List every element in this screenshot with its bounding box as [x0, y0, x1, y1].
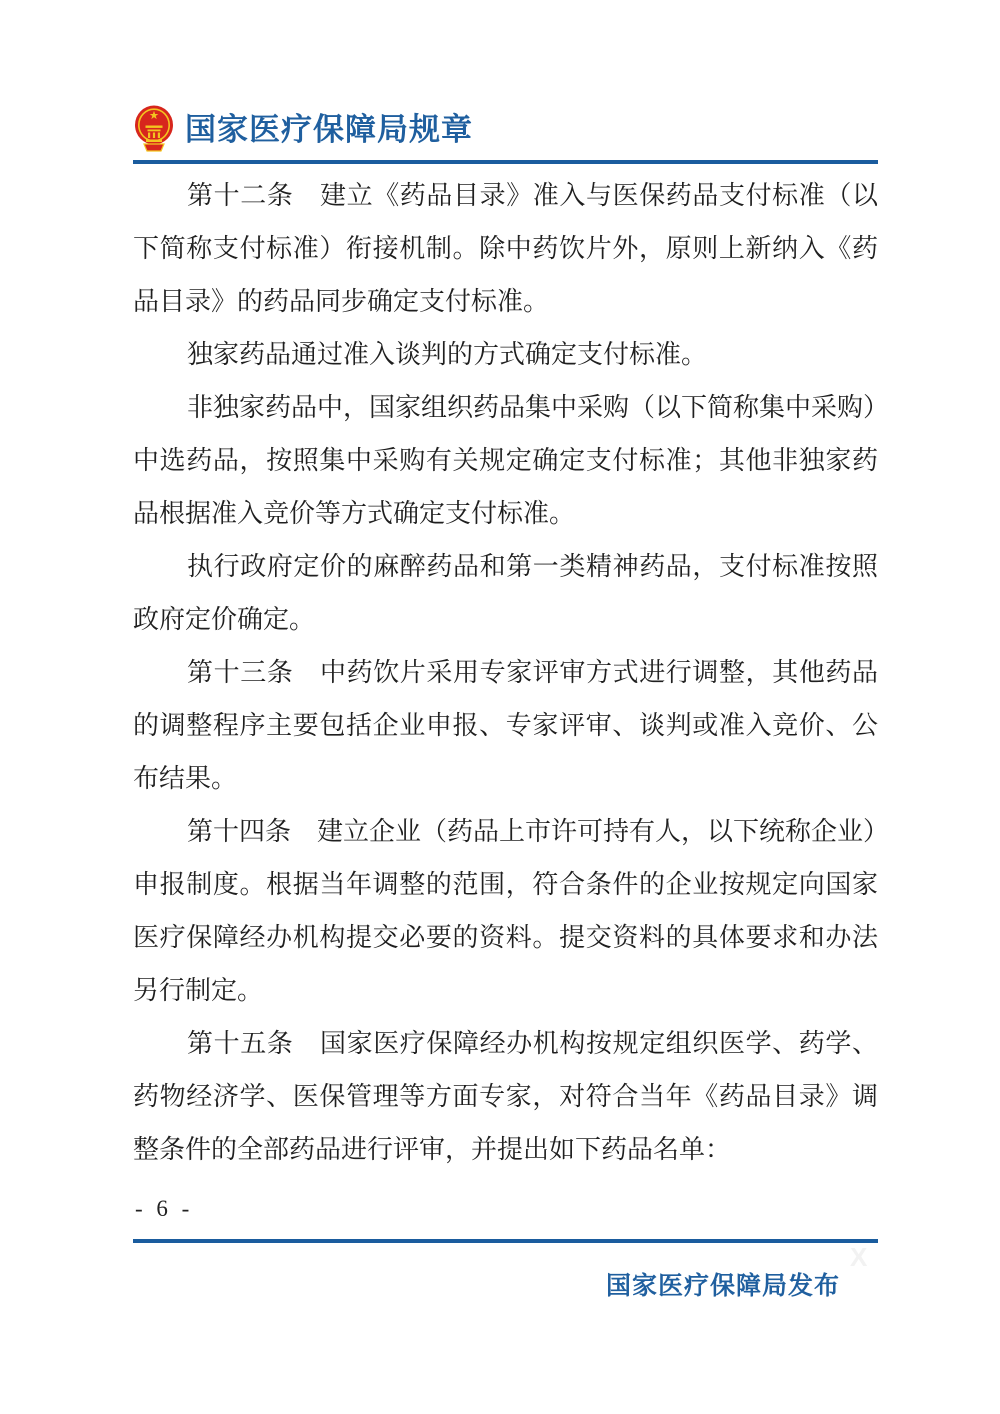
paragraph: 第十四条 建立企业（药品上市许可持有人，以下统称企业）申报制度。根据当年调整的范… [133, 805, 878, 1017]
paragraph-line: 医疗保障经办机构提交必要的资料。提交资料的具体要求和办法 [133, 911, 878, 964]
paragraph-line: 品目录》的药品同步确定支付标准。 [133, 275, 878, 328]
paragraph-line: 第十四条 建立企业（药品上市许可持有人，以下统称企业） [133, 805, 878, 858]
national-emblem-icon [133, 105, 175, 153]
page-number: - 6 - [135, 1196, 193, 1222]
paragraph: 独家药品通过准入谈判的方式确定支付标准。 [133, 328, 878, 381]
paragraph: 非独家药品中，国家组织药品集中采购（以下简称集中采购）中选药品，按照集中采购有关… [133, 381, 878, 540]
publisher-label: 国家医疗保障局发布 [606, 1266, 840, 1302]
paragraph-line: 整条件的全部药品进行评审，并提出如下药品名单： [133, 1123, 878, 1176]
paragraph-line: 的调整程序主要包括企业申报、专家评审、谈判或准入竞价、公 [133, 699, 878, 752]
header-title: 国家医疗保障局规章 [185, 114, 473, 145]
paragraph: 第十三条 中药饮片采用专家评审方式进行调整，其他药品的调整程序主要包括企业申报、… [133, 646, 878, 805]
document-body: 第十二条 建立《药品目录》准入与医保药品支付标准（以下简称支付标准）衔接机制。除… [133, 169, 878, 1176]
paragraph-line: 布结果。 [133, 752, 878, 805]
paragraph-line: 中选药品，按照集中采购有关规定确定支付标准；其他非独家药 [133, 434, 878, 487]
document-header: 国家医疗保障局规章 [133, 104, 473, 154]
footer-divider [133, 1239, 878, 1243]
paragraph: 第十二条 建立《药品目录》准入与医保药品支付标准（以下简称支付标准）衔接机制。除… [133, 169, 878, 328]
paragraph-line: 另行制定。 [133, 964, 878, 1017]
paragraph-line: 申报制度。根据当年调整的范围，符合条件的企业按规定向国家 [133, 858, 878, 911]
paragraph-line: 执行政府定价的麻醉药品和第一类精神药品，支付标准按照 [133, 540, 878, 593]
paragraph-line: 第十三条 中药饮片采用专家评审方式进行调整，其他药品 [133, 646, 878, 699]
header-divider [133, 160, 878, 164]
paragraph-line: 品根据准入竞价等方式确定支付标准。 [133, 487, 878, 540]
paragraph-line: 第十二条 建立《药品目录》准入与医保药品支付标准（以 [133, 169, 878, 222]
paragraph-line: 下简称支付标准）衔接机制。除中药饮片外，原则上新纳入《药 [133, 222, 878, 275]
paragraph-line: 政府定价确定。 [133, 593, 878, 646]
document-page: 国家医疗保障局规章 第十二条 建立《药品目录》准入与医保药品支付标准（以下简称支… [0, 0, 1000, 1414]
paragraph: 第十五条 国家医疗保障经办机构按规定组织医学、药学、药物经济学、医保管理等方面专… [133, 1017, 878, 1176]
watermark-x: X [850, 1242, 867, 1273]
paragraph-line: 非独家药品中，国家组织药品集中采购（以下简称集中采购） [133, 381, 878, 434]
paragraph: 执行政府定价的麻醉药品和第一类精神药品，支付标准按照政府定价确定。 [133, 540, 878, 646]
paragraph-line: 独家药品通过准入谈判的方式确定支付标准。 [133, 328, 878, 381]
paragraph-line: 药物经济学、医保管理等方面专家，对符合当年《药品目录》调 [133, 1070, 878, 1123]
paragraph-line: 第十五条 国家医疗保障经办机构按规定组织医学、药学、 [133, 1017, 878, 1070]
